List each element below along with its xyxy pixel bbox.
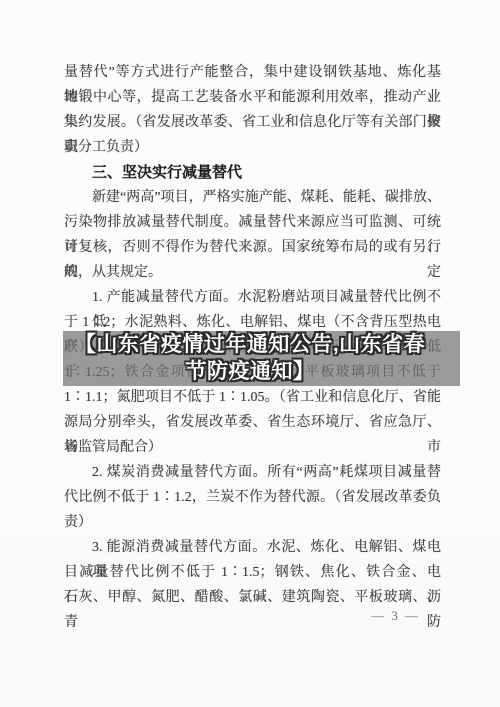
document-line: 源局分别牵头，省发展改革委、省生态环境厅、省应急厅、省市 [64, 410, 441, 435]
watermark-title: 【山东省疫情过年通知公告,山东省春 节防疫通知】 [0, 331, 500, 385]
document-line: 2. 煤炭消费减量替代方面。所有“两高”耗煤项目减量替 [64, 460, 441, 485]
document-line: 1. 产能减量替代方面。水泥粉磨站项目减量替代比例不低 [64, 285, 441, 310]
document-line: 量替代”等方式进行产能整合，集中建设钢铁基地、炼化基地、 [64, 60, 441, 85]
watermark-title-line-2: 节防疫通知】 [0, 358, 500, 385]
document-line: 污染物排放减量替代制度。减量替代来源应当可监测、可统计、 [64, 210, 441, 235]
document-line: 1∶1.1；氮肥项目不低于 1∶1.05。（省工业和信息化厅、省能 [64, 385, 441, 410]
scanned-document-page: 量替代”等方式进行产能整合，集中建设钢铁基地、炼化基地、铸锻中心等，提高工艺装备… [0, 0, 500, 707]
document-line: 铸锻中心等，提高工艺装备水平和能源利用效率，推动产业集聚 [64, 85, 441, 110]
document-line: 代比例不低于 1∶1.2，兰炭不作为替代源。（省发展改革委负 [64, 485, 441, 510]
document-line: 目减量替代比例不低于 1∶1.5；钢铁、焦化、铁合金、电石、 [64, 560, 441, 585]
document-line: 可复核，否则不得作为替代来源。国家统筹布局的或有另行规定 [64, 235, 441, 260]
document-line: 责） [64, 510, 441, 535]
document-line: 责分工负责） [64, 135, 441, 160]
section-heading: 三、坚决实行减量替代 [64, 160, 441, 185]
watermark-title-line-1: 【山东省疫情过年通知公告,山东省春 [0, 331, 500, 358]
page-number: — 3 — [371, 608, 420, 624]
document-line: 石灰、甲醇、氮肥、醋酸、氯碱、建筑陶瓷、平板玻璃、沥青防 [64, 585, 441, 610]
document-line: 新建“两高”项目，严格实施产能、煤耗、能耗、碳排放、 [64, 185, 441, 210]
document-line: 集约发展。（省发展改革委、省工业和信息化厅等有关部门按职 [64, 110, 441, 135]
document-line: 3. 能源消费减量替代方面。水泥、炼化、电解铝、煤电项 [64, 535, 441, 560]
